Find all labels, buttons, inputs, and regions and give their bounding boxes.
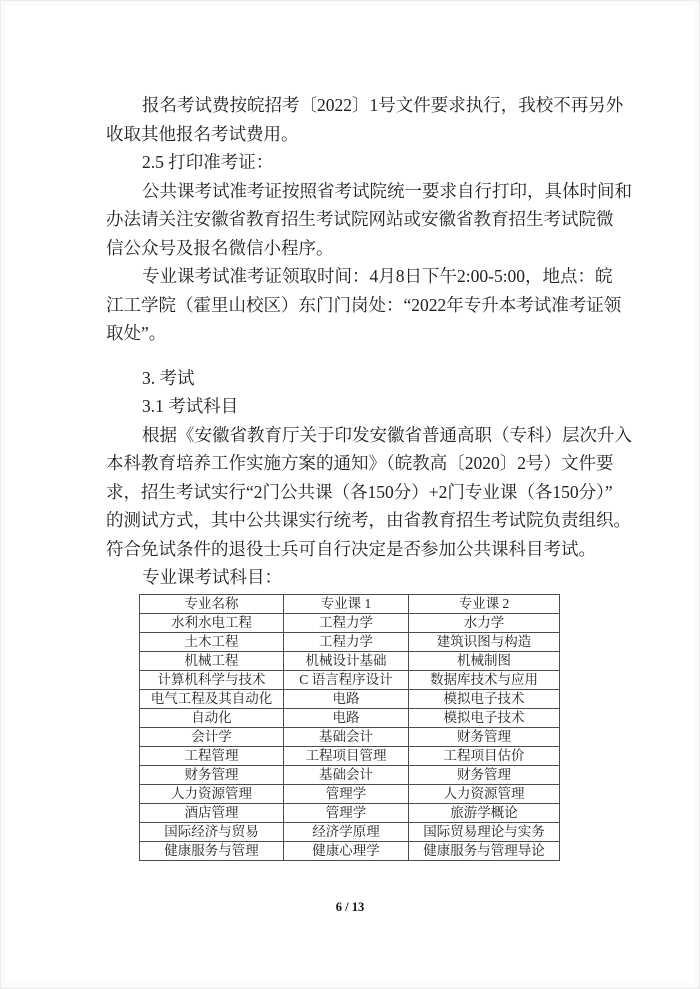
table-cell: 工程力学: [284, 632, 409, 651]
table-cell: 国际贸易理论与实务: [409, 822, 560, 841]
paragraph-line: 求，招生考试实行“2门公共课（各150分）+2门专业课（各150分）”: [106, 478, 598, 507]
table-cell: 自动化: [140, 708, 284, 727]
table-cell: 管理学: [284, 803, 409, 822]
table-cell: 电路: [284, 708, 409, 727]
table-cell: 健康心理学: [284, 841, 409, 860]
paragraph-line: 本科教育培养工作实施方案的通知》（皖教高〔2020〕2号）文件要: [106, 449, 598, 478]
paragraph-line: 专业课考试准考证领取时间：4月8日下午2:00-5:00，地点：皖: [106, 262, 598, 291]
table-cell: 机械设计基础: [284, 651, 409, 670]
paragraph-line: 公共课考试准考证按照省考试院统一要求自行打印，具体时间和: [106, 177, 598, 206]
table-row: 国际经济与贸易经济学原理国际贸易理论与实务: [140, 822, 560, 841]
table-cell: 工程项目估价: [409, 746, 560, 765]
table-header-course1: 专业课 1: [284, 594, 409, 613]
table-cell: 模拟电子技术: [409, 689, 560, 708]
table-row: 人力资源管理管理学人力资源管理: [140, 784, 560, 803]
table-cell: 水利水电工程: [140, 613, 284, 632]
table-cell: 基础会计: [284, 765, 409, 784]
table-cell: 电气工程及其自动化: [140, 689, 284, 708]
table-cell: 电路: [284, 689, 409, 708]
table-cell: C 语言程序设计: [284, 670, 409, 689]
table-row: 工程管理工程项目管理工程项目估价: [140, 746, 560, 765]
document-page: 报名考试费按皖招考〔2022〕1号文件要求执行，我校不再另外 收取其他报名考试费…: [0, 0, 700, 989]
table-row: 机械工程机械设计基础机械制图: [140, 651, 560, 670]
table-row: 财务管理基础会计财务管理: [140, 765, 560, 784]
paragraph-line: 符合免试条件的退役士兵可自行决定是否参加公共课科目考试。: [106, 535, 598, 564]
section-spacer: [106, 348, 598, 364]
paragraph-line: 江工学院（霍里山校区）东门门岗处：“2022年专升本考试准考证领: [106, 291, 598, 320]
paragraph-line: 根据《安徽省教育厅关于印发安徽省普通高职（专科）层次升入: [106, 421, 598, 450]
table-cell: 经济学原理: [284, 822, 409, 841]
table-label: 专业课考试科目：: [106, 563, 598, 592]
table-cell: 酒店管理: [140, 803, 284, 822]
paragraph-line: 收取其他报名考试费用。: [106, 120, 598, 149]
table-cell: 机械制图: [409, 651, 560, 670]
paragraph-line: 报名考试费按皖招考〔2022〕1号文件要求执行，我校不再另外: [106, 91, 598, 120]
table-cell: 土木工程: [140, 632, 284, 651]
table-row: 土木工程工程力学建筑识图与构造: [140, 632, 560, 651]
table-header-major: 专业名称: [140, 594, 284, 613]
subject-table-body: 水利水电工程工程力学水力学土木工程工程力学建筑识图与构造机械工程机械设计基础机械…: [140, 613, 560, 860]
table-header-course2: 专业课 2: [409, 594, 560, 613]
paragraph-line: 取处”。: [106, 319, 598, 348]
table-cell: 管理学: [284, 784, 409, 803]
table-row: 自动化电路模拟电子技术: [140, 708, 560, 727]
table-cell: 旅游学概论: [409, 803, 560, 822]
table-cell: 财务管理: [409, 727, 560, 746]
table-row: 酒店管理管理学旅游学概论: [140, 803, 560, 822]
table-row: 计算机科学与技术C 语言程序设计数据库技术与应用: [140, 670, 560, 689]
table-row: 会计学基础会计财务管理: [140, 727, 560, 746]
section-heading-3-1: 3.1 考试科目: [106, 392, 598, 421]
table-cell: 机械工程: [140, 651, 284, 670]
table-cell: 国际经济与贸易: [140, 822, 284, 841]
table-cell: 人力资源管理: [409, 784, 560, 803]
paragraph-line: 办法请关注安徽省教育招生考试院网站或安徽省教育招生考试院微: [106, 205, 598, 234]
table-row: 电气工程及其自动化电路模拟电子技术: [140, 689, 560, 708]
paragraph-line: 的测试方式，其中公共课实行统考，由省教育招生考试院负责组织。: [106, 506, 598, 535]
table-cell: 建筑识图与构造: [409, 632, 560, 651]
table-cell: 基础会计: [284, 727, 409, 746]
table-cell: 人力资源管理: [140, 784, 284, 803]
table-cell: 会计学: [140, 727, 284, 746]
table-cell: 模拟电子技术: [409, 708, 560, 727]
table-cell: 健康服务与管理: [140, 841, 284, 860]
document-content: 报名考试费按皖招考〔2022〕1号文件要求执行，我校不再另外 收取其他报名考试费…: [106, 91, 598, 861]
table-row: 水利水电工程工程力学水力学: [140, 613, 560, 632]
table-row: 健康服务与管理健康心理学健康服务与管理导论: [140, 841, 560, 860]
table-cell: 水力学: [409, 613, 560, 632]
subject-table: 专业名称 专业课 1 专业课 2 水利水电工程工程力学水力学土木工程工程力学建筑…: [139, 594, 560, 861]
page-number: 6 / 13: [1, 900, 699, 915]
paragraph-line: 信公众号及报名微信小程序。: [106, 234, 598, 263]
table-cell: 工程项目管理: [284, 746, 409, 765]
table-cell: 健康服务与管理导论: [409, 841, 560, 860]
section-heading-3: 3. 考试: [106, 364, 598, 393]
table-cell: 财务管理: [409, 765, 560, 784]
table-cell: 财务管理: [140, 765, 284, 784]
table-cell: 工程管理: [140, 746, 284, 765]
table-cell: 计算机科学与技术: [140, 670, 284, 689]
table-cell: 数据库技术与应用: [409, 670, 560, 689]
table-cell: 工程力学: [284, 613, 409, 632]
section-heading-2-5: 2.5 打印准考证：: [106, 148, 598, 177]
table-header-row: 专业名称 专业课 1 专业课 2: [140, 594, 560, 613]
